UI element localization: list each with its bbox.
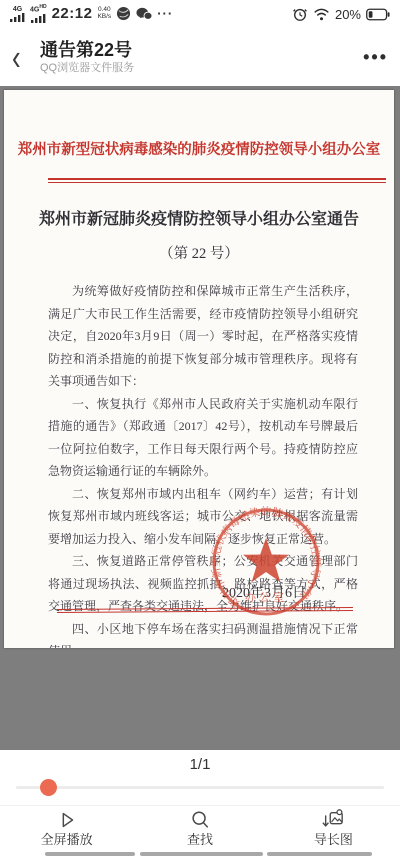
status-more-dots: ···	[157, 6, 173, 21]
bottom-nav-hints	[0, 851, 400, 857]
page-title: 通告第22号	[40, 39, 134, 62]
battery-percent: 20%	[335, 7, 361, 22]
page-subtitle: QQ浏览器文件服务	[40, 61, 134, 75]
signal-type-label: 4G	[13, 6, 22, 13]
toolbar-label: 导长图	[314, 833, 353, 846]
browser-globe-icon	[116, 6, 131, 21]
battery-icon	[366, 8, 390, 21]
search-icon	[189, 809, 211, 831]
official-seal: 郑州市新型冠状病毒感染的肺炎疫情防控领导小组 办公室	[210, 506, 322, 618]
nav-hint-bar	[140, 852, 263, 856]
play-icon	[56, 809, 78, 831]
wifi-icon	[313, 8, 330, 21]
seal-bottom-label: 办公室	[245, 590, 287, 604]
alarm-clock-icon	[292, 6, 308, 22]
signal-icon: 4G	[10, 6, 25, 22]
pager-panel: 1/1	[0, 750, 400, 805]
nav-hint-bar	[45, 852, 135, 856]
chat-bubbles-icon	[136, 7, 152, 21]
back-icon[interactable]: ‹	[12, 39, 40, 75]
doc-paragraph: 一、恢复执行《郑州市人民政府关于实施机动车限行措施的通告》（郑政通〔2017〕4…	[48, 393, 358, 483]
page-slider-track[interactable]	[16, 786, 384, 789]
doc-paragraph: 四、小区地下停车场在落实扫码测温措施情况下正常使用。	[48, 618, 358, 649]
status-time: 22:12	[52, 5, 93, 22]
find-button[interactable]: 查找	[133, 806, 266, 848]
export-long-image-icon	[321, 809, 345, 831]
nav-bar: ‹ 通告第22号 QQ浏览器文件服务 •••	[0, 28, 400, 86]
doc-number: （第 22 号）	[24, 242, 374, 263]
phone-screen: 4G 4GHD 22:12 0.40 KB/s ··· 20% ‹	[0, 0, 400, 857]
network-speed: 0.40 KB/s	[97, 7, 111, 20]
toolbar-label: 全屏播放	[41, 833, 93, 846]
page-slider-thumb[interactable]	[40, 779, 57, 796]
doc-paragraph: 为统筹做好疫情防控和保障城市正常生产生活秩序，满足广大市民工作生活需要，经市疫情…	[48, 280, 358, 393]
document-page: 郑州市新型冠状病毒感染的肺炎疫情防控领导小组办公室 郑州市新冠肺炎疫情防控领导小…	[4, 90, 394, 648]
doc-title: 郑州市新冠肺炎疫情防控领导小组办公室通告	[24, 206, 374, 229]
bottom-toolbar: 全屏播放 查找 导长图	[0, 805, 400, 848]
doc-letterhead: 郑州市新型冠状病毒感染的肺炎疫情防控领导小组办公室	[14, 142, 384, 159]
toolbar-label: 查找	[187, 833, 213, 846]
signal-hd-icon: 4GHD	[30, 5, 47, 22]
fullscreen-play-button[interactable]: 全屏播放	[0, 806, 133, 848]
page-indicator: 1/1	[0, 756, 400, 773]
more-menu-icon[interactable]: •••	[363, 47, 388, 68]
document-viewer[interactable]: 郑州市新型冠状病毒感染的肺炎疫情防控领导小组办公室 郑州市新冠肺炎疫情防控领导小…	[0, 86, 400, 750]
letterhead-rule	[48, 178, 386, 183]
signal-type-label: 4GHD	[30, 5, 47, 13]
export-long-image-button[interactable]: 导长图	[267, 806, 400, 848]
nav-hint-bar	[267, 852, 372, 856]
status-bar: 4G 4GHD 22:12 0.40 KB/s ··· 20%	[0, 0, 400, 28]
